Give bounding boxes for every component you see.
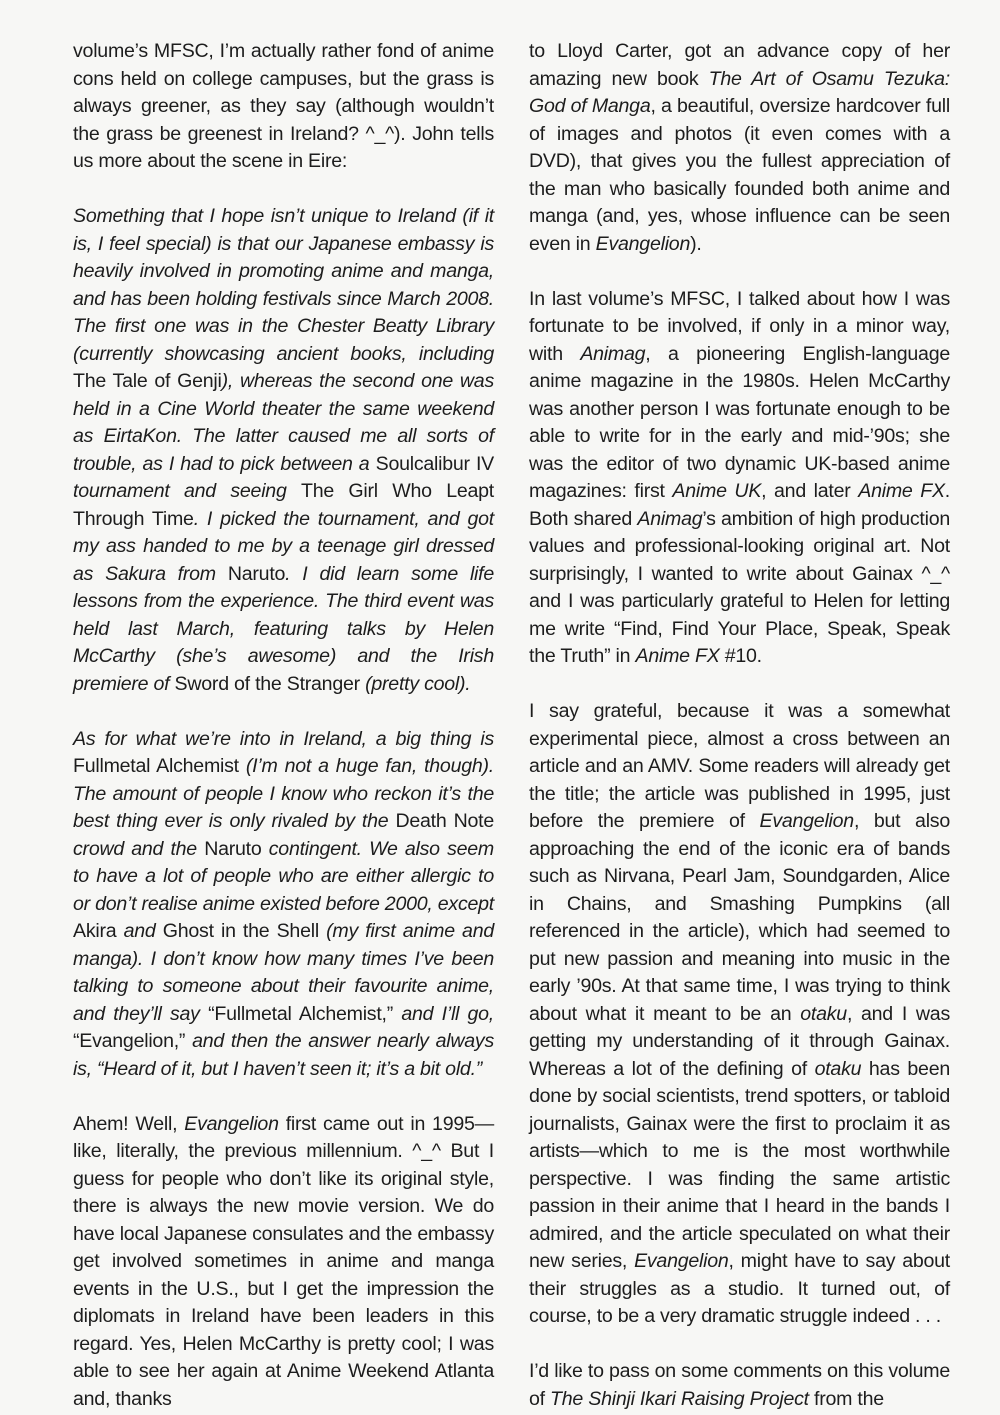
italic-text-run: As for what we’re into in Ireland, a big… [73, 728, 494, 750]
left-column: volume’s MFSC, I’m actually rather fond … [73, 38, 494, 1415]
text-run: first came out in 1995—like, literally, … [73, 1113, 494, 1410]
text-run: ’s ambition of high production values an… [529, 508, 950, 668]
text-run: has been done by social scientists, tren… [529, 1058, 950, 1273]
right-column: to Lloyd Carter, got an advance copy of … [529, 38, 950, 1415]
text-run: volume’s MFSC, I’m actually rather fond … [73, 40, 494, 172]
italic-text-run: The Shinji Ikari Raising Project [550, 1388, 809, 1410]
text-run: , and later [761, 480, 858, 502]
italic-text-run: otaku [815, 1058, 862, 1080]
paragraph: As for what we’re into in Ireland, a big… [73, 726, 494, 1084]
text-run: The Tale of Genji [73, 370, 222, 392]
text-run: #10. [720, 645, 762, 667]
italic-text-run: Evangelion [596, 233, 690, 255]
paragraph: I say grateful, because it was a somewha… [529, 698, 950, 1331]
text-run: Ahem! Well, [73, 1113, 184, 1135]
text-run: Sword of the Stranger [175, 673, 360, 695]
text-run: “Evangelion,” [73, 1030, 185, 1052]
text-run: , a beautiful, oversize hardcover full o… [529, 95, 950, 255]
text-run: Ghost in the Shell [163, 920, 319, 942]
paragraph: I’d like to pass on some comments on thi… [529, 1358, 950, 1413]
italic-text-run: Animag [637, 508, 702, 530]
italic-text-run: Evangelion [634, 1250, 728, 1272]
text-run: , but also approaching the end of the ic… [529, 810, 950, 1025]
text-run: Naruto [228, 563, 285, 585]
paragraph: Something that I hope isn’t unique to Ir… [73, 203, 494, 698]
italic-text-run: Animag [580, 343, 645, 365]
italic-text-run: Anime UK [672, 480, 761, 502]
italic-text-run: otaku [800, 1003, 847, 1025]
text-run: , a pioneering English-language anime ma… [529, 343, 950, 503]
text-run: from the [809, 1388, 884, 1410]
italic-text-run: and [116, 920, 162, 942]
book-page: volume’s MFSC, I’m actually rather fond … [0, 0, 1000, 1415]
text-run: Death Note [395, 810, 494, 832]
italic-text-run: Anime FX [636, 645, 720, 667]
italic-text-run: Something that I hope isn’t unique to Ir… [73, 205, 494, 365]
text-run: ). [690, 233, 701, 255]
paragraph: volume’s MFSC, I’m actually rather fond … [73, 38, 494, 176]
italic-text-run: and I’ll go, [393, 1003, 494, 1025]
italic-text-run: Evangelion [184, 1113, 278, 1135]
italic-text-run: crowd and the [73, 838, 204, 860]
text-run: Akira [73, 920, 116, 942]
text-run: “Fullmetal Alchemist,” [208, 1003, 393, 1025]
italic-text-run: Anime FX [858, 480, 945, 502]
italic-text-run: tournament and seeing [73, 480, 301, 502]
italic-text-run: (pretty cool). [360, 673, 471, 695]
text-run: Naruto [204, 838, 261, 860]
text-run: Soulcalibur IV [376, 453, 494, 475]
paragraph: Ahem! Well, Evangelion first came out in… [73, 1111, 494, 1414]
paragraph: In last volume’s MFSC, I talked about ho… [529, 286, 950, 671]
italic-text-run: Evangelion [760, 810, 854, 832]
paragraph: to Lloyd Carter, got an advance copy of … [529, 38, 950, 258]
text-run: Fullmetal Alchemist [73, 755, 239, 777]
